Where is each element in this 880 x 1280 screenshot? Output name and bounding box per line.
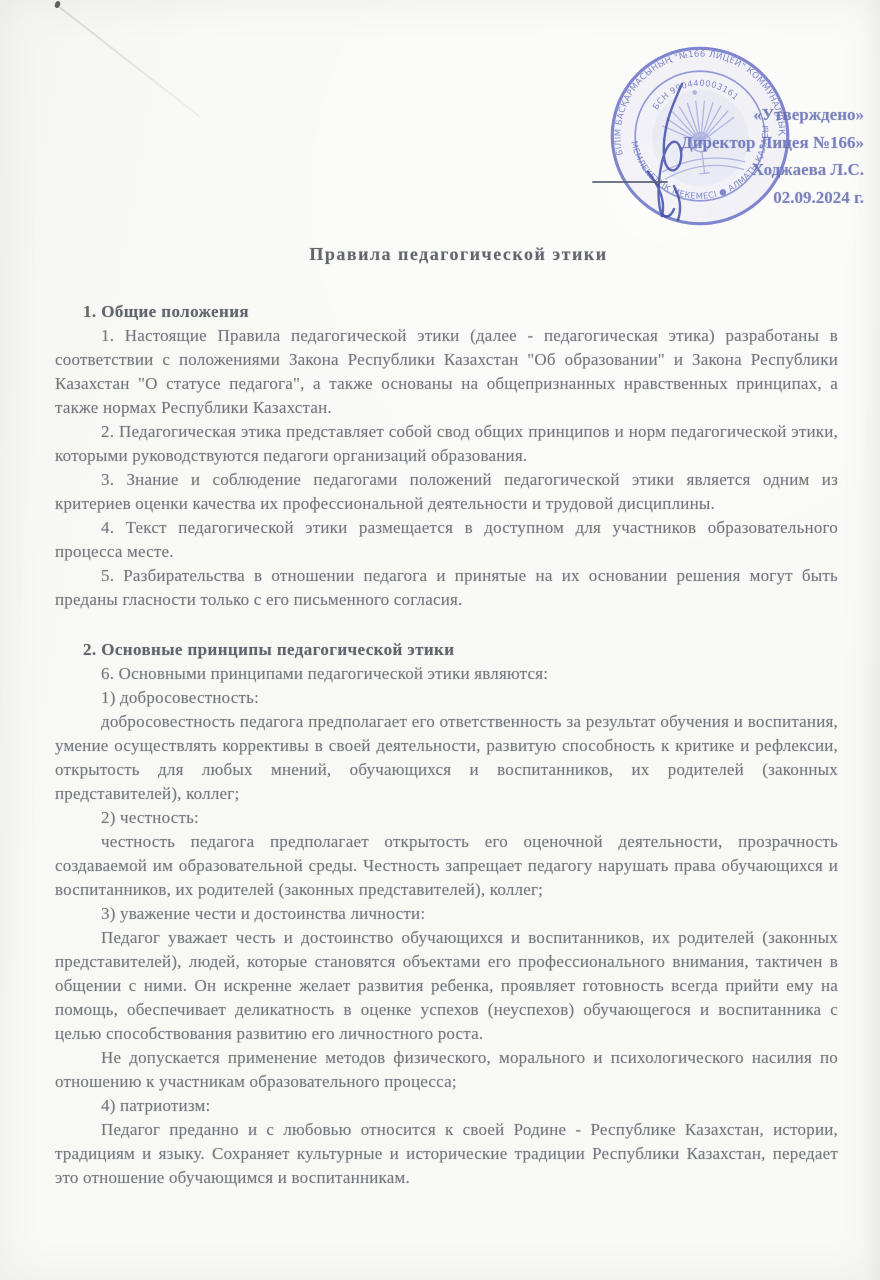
paragraph: 5. Разбирательства в отношении педагога … xyxy=(55,564,838,612)
paragraph: 3. Знание и соблюдение педагогами положе… xyxy=(55,468,838,516)
scanned-document-page: БІЛІМ БАСҚАРМАСЫНЫҢ "№166 ЛИЦЕЙ" КОММУНА… xyxy=(0,0,880,1280)
paragraph: 3) уважение чести и достоинства личности… xyxy=(55,902,838,926)
paragraph: 4) патриотизм: xyxy=(55,1094,838,1118)
paragraph: 2) честность: xyxy=(55,806,838,830)
approval-approved-label: «Утверждено» xyxy=(564,101,864,129)
paragraph: добросовестность педагога предполагает е… xyxy=(55,710,838,806)
approval-director-line: Директор Лицея №166» xyxy=(564,129,864,157)
paragraph: 1) добросовестность: xyxy=(55,686,838,710)
approval-date: 02.09.2024 г. xyxy=(564,184,864,212)
paragraph: 6. Основными принципами педагогической э… xyxy=(55,662,838,686)
paragraph: 4. Текст педагогической этики размещаетс… xyxy=(55,516,838,564)
approval-name: Ходжаева Л.С. xyxy=(564,156,864,184)
paragraph: 1. Настоящие Правила педагогической этик… xyxy=(55,324,838,420)
paragraph: Педагог уважает честь и достоинство обуч… xyxy=(55,926,838,1046)
paragraph: честность педагога предполагает открытос… xyxy=(55,830,838,902)
section-heading-general-provisions: 1. Общие положения xyxy=(55,300,838,324)
paragraph: Педагог преданно и с любовью относится к… xyxy=(55,1118,838,1190)
document-title: Правила педагогической этики xyxy=(67,242,850,266)
approval-block: «Утверждено» Директор Лицея №166» Ходжае… xyxy=(564,101,864,211)
document-body: Правила педагогической этики 1. Общие по… xyxy=(55,242,838,1190)
paragraph: 2. Педагогическая этика представляет соб… xyxy=(55,420,838,468)
paragraph: Не допускается применение методов физиче… xyxy=(55,1046,838,1094)
section-heading-basic-principles: 2. Основные принципы педагогической этик… xyxy=(55,638,838,662)
paper-crease-mark xyxy=(57,5,200,117)
